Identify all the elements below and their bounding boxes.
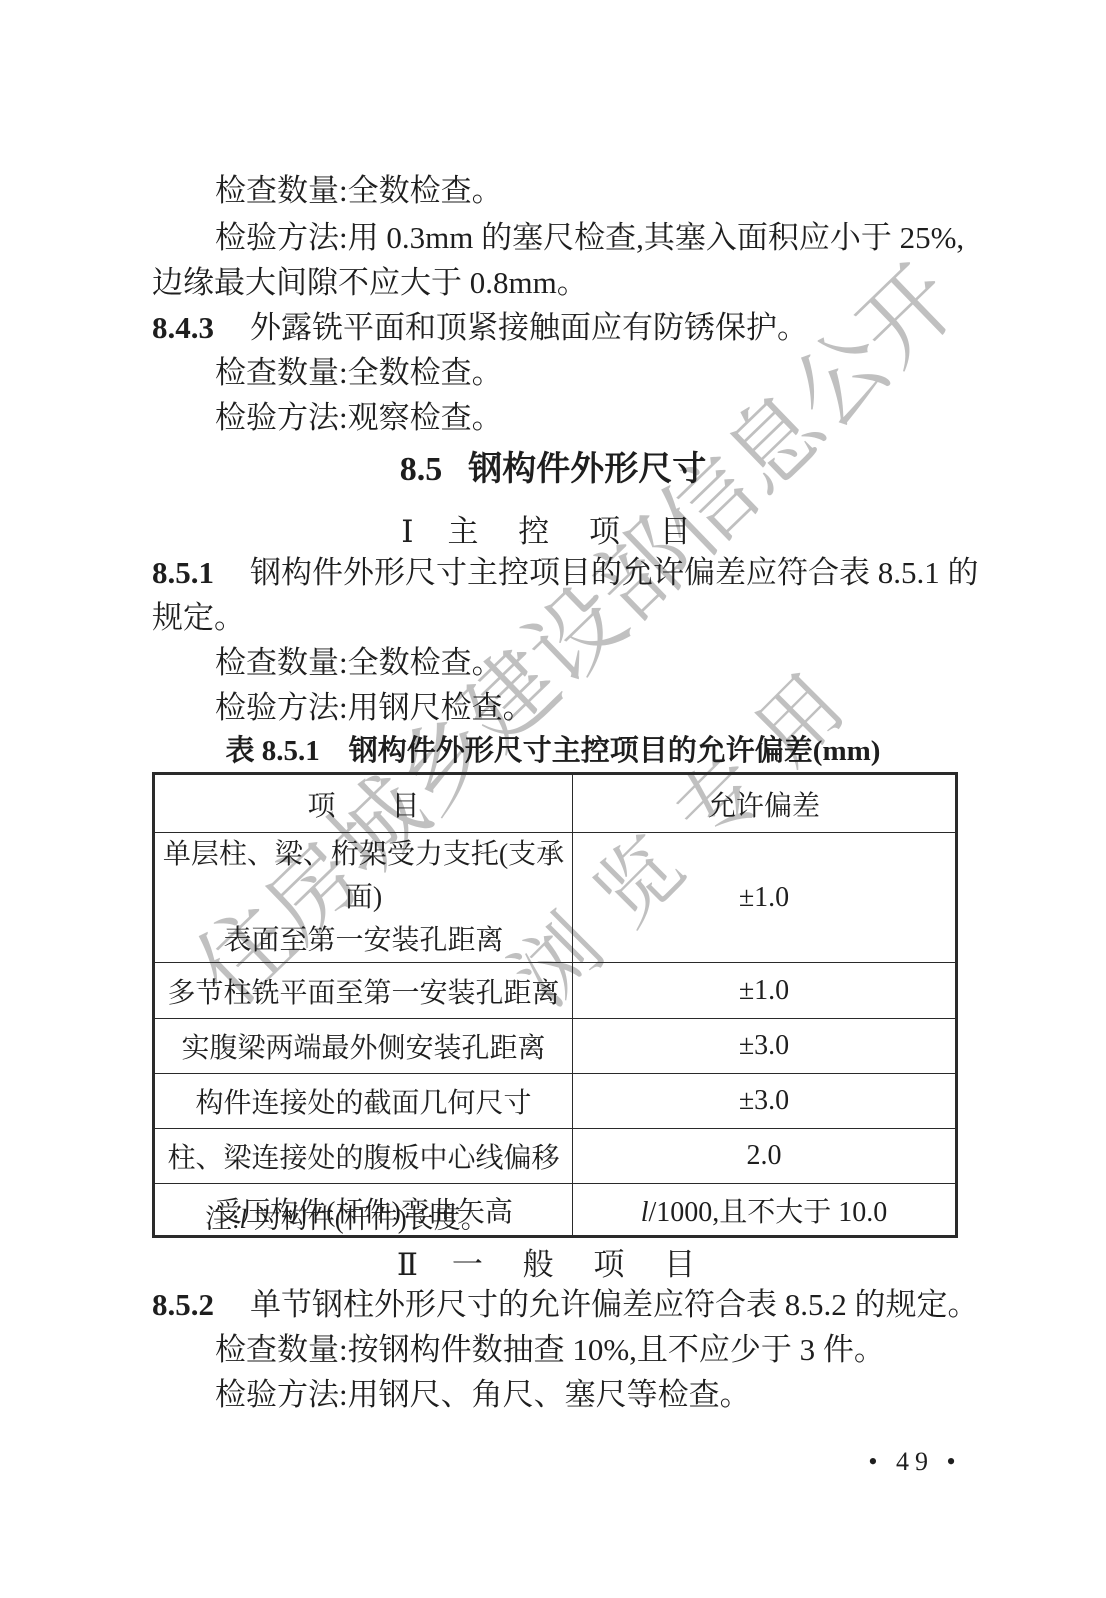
clause-8-4-3: 8.4.3外露铣平面和顶紧接触面应有防锈保护。 [152, 308, 808, 348]
clause-number: 8.5.2 [152, 1287, 214, 1322]
clause-text: 单节钢柱外形尺寸的允许偏差应符合表 8.5.2 的规定。 [250, 1287, 979, 1322]
note-prefix: 注: [205, 1204, 240, 1234]
table-cell-item: 构件连接处的截面几何尺寸 [154, 1074, 573, 1129]
roman-numeral-1: Ⅰ [401, 514, 413, 549]
check-quantity-line: 检查数量:全数检查。 [215, 353, 503, 393]
table-cell-item: 单层柱、梁、桁架受力支托(支承面) 表面至第一安装孔距离 [154, 833, 573, 963]
clause-text: 外露铣平面和顶紧接触面应有防锈保护。 [250, 310, 808, 345]
italic-symbol-l: l [641, 1197, 649, 1228]
table-cell-value: 2.0 [573, 1129, 957, 1184]
page-content: 检查数量:全数检查。 检验方法:用 0.3mm 的塞尺检查,其塞入面积应小于 2… [0, 0, 1106, 1598]
table-header-row: 项 目 允许偏差 [154, 774, 957, 833]
clause-8-5-2: 8.5.2单节钢柱外形尺寸的允许偏差应符合表 8.5.2 的规定。 [152, 1285, 979, 1325]
roman-numeral-2: Ⅱ [397, 1247, 418, 1282]
check-quantity-line: 检查数量:全数检查。 [215, 643, 503, 683]
clause-text: 钢构件外形尺寸主控项目的允许偏差应符合表 8.5.1 的 [250, 555, 979, 590]
table-row: 多节柱铣平面至第一安装孔距离 ±1.0 [154, 963, 957, 1019]
subheading-general-items: Ⅱ一 般 项 目 [0, 1245, 1106, 1285]
item-text-line1: 单层柱、梁、桁架受力支托(支承面) [161, 833, 566, 919]
italic-symbol-l: l [240, 1204, 248, 1234]
section-title: 钢构件外形尺寸 [468, 451, 706, 488]
table-row: 柱、梁连接处的腹板中心线偏移 2.0 [154, 1129, 957, 1184]
section-heading-8-5: 8.5钢构件外形尺寸 [0, 450, 1106, 490]
clause-number: 8.5.1 [152, 555, 214, 590]
clause-8-5-1: 8.5.1钢构件外形尺寸主控项目的允许偏差应符合表 8.5.1 的 [152, 553, 979, 593]
section-number: 8.5 [400, 451, 443, 488]
check-quantity-line: 检查数量:按钢构件数抽查 10%,且不应少于 3 件。 [215, 1330, 885, 1370]
subheading-label: 一 般 项 目 [452, 1247, 709, 1282]
table-cell-item: 多节柱铣平面至第一安装孔距离 [154, 963, 573, 1019]
table-row: 实腹梁两端最外侧安装孔距离 ±3.0 [154, 1019, 957, 1074]
page-number: • 49 • [830, 1447, 1000, 1477]
check-method-line: 检验方法:用钢尺检查。 [215, 688, 534, 728]
document-page: 住房城乡建设部信息公开 浏览专用 检查数量:全数检查。 检验方法:用 0.3mm… [0, 0, 1106, 1598]
value-text: /1000,且不大于 10.0 [649, 1197, 888, 1228]
item-text-line2: 表面至第一安装孔距离 [161, 919, 566, 962]
clause-number: 8.4.3 [152, 310, 214, 345]
check-method-line: 检验方法:用 0.3mm 的塞尺检查,其塞入面积应小于 25%, [215, 218, 964, 258]
clause-8-5-1-continuation: 规定。 [152, 598, 245, 638]
table-header-deviation: 允许偏差 [573, 774, 957, 833]
table-row: 构件连接处的截面几何尺寸 ±3.0 [154, 1074, 957, 1129]
table-row: 单层柱、梁、桁架受力支托(支承面) 表面至第一安装孔距离 ±1.0 [154, 833, 957, 963]
table-cell-value: ±3.0 [573, 1074, 957, 1129]
check-method-continuation-line: 边缘最大间隙不应大于 0.8mm。 [152, 263, 588, 303]
check-method-line: 检验方法:观察检查。 [215, 398, 503, 438]
table-header-item: 项 目 [154, 774, 573, 833]
table-cell-value: ±1.0 [573, 833, 957, 963]
subheading-label: 主 控 项 目 [448, 514, 705, 549]
table-cell-value: l/1000,且不大于 10.0 [573, 1184, 957, 1237]
table-cell-value: ±3.0 [573, 1019, 957, 1074]
table-cell-value: ±1.0 [573, 963, 957, 1019]
table-cell-item: 柱、梁连接处的腹板中心线偏移 [154, 1129, 573, 1184]
check-method-line: 检验方法:用钢尺、角尺、塞尺等检查。 [215, 1375, 751, 1415]
note-text: 为构件(杆件)长度。 [247, 1204, 488, 1234]
table-cell-item: 实腹梁两端最外侧安装孔距离 [154, 1019, 573, 1074]
table-note: 注:l 为构件(杆件)长度。 [205, 1202, 488, 1236]
subheading-dominant-items: Ⅰ主 控 项 目 [0, 512, 1106, 552]
check-quantity-line: 检查数量:全数检查。 [215, 171, 503, 211]
table-caption: 表 8.5.1 钢构件外形尺寸主控项目的允许偏差(mm) [0, 733, 1106, 769]
table-8-5-1: 项 目 允许偏差 单层柱、梁、桁架受力支托(支承面) 表面至第一安装孔距离 ±1… [152, 772, 958, 1238]
